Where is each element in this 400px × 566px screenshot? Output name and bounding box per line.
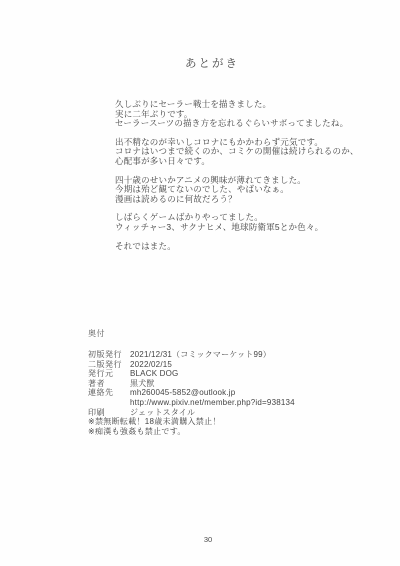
colophon-row: 著者 黒犬獣 — [88, 379, 378, 389]
afterword-line: セーラースーツの描き方を忘れるぐらいサボってましたね。 — [115, 119, 385, 129]
afterword-page: あとがき 久しぶりにセーラー戦士を描きました。 実に二年ぶりです。 セーラースー… — [0, 0, 400, 566]
colophon-row: 印刷 ジェットスタイル — [88, 408, 378, 418]
colophon-contact-email: mh260045-5852@outlook.jp — [130, 388, 235, 398]
colophon-label: 二版発行 — [88, 360, 130, 370]
colophon-heading: 奥付 — [88, 328, 378, 339]
colophon-label — [88, 398, 130, 408]
colophon-value: 2021/12/31（コミックマーケット99） — [130, 350, 271, 360]
afterword-line: 漫画は読めるのに何故だろう？ — [115, 195, 385, 205]
afterword-body: 久しぶりにセーラー戦士を描きました。 実に二年ぶりです。 セーラースーツの描き方… — [115, 100, 385, 260]
colophon-notices: ※禁無断転載！18歳未満購入禁止！ ※痴漢も強姦も禁止です。 — [88, 417, 378, 436]
colophon-row: http://www.pixiv.net/member.php?id=93813… — [88, 398, 378, 408]
afterword-title: あとがき — [12, 55, 400, 71]
colophon-row: 発行元 BLACK DOG — [88, 369, 378, 379]
colophon-notice: ※痴漢も強姦も禁止です。 — [88, 427, 378, 437]
afterword-paragraph: 久しぶりにセーラー戦士を描きました。 実に二年ぶりです。 セーラースーツの描き方… — [115, 100, 385, 129]
colophon: 奥付 初版発行 2021/12/31（コミックマーケット99） 二版発行 202… — [88, 328, 378, 436]
colophon-value: 2022/02/15 — [130, 360, 172, 370]
colophon-contact-url: http://www.pixiv.net/member.php?id=93813… — [130, 398, 295, 408]
colophon-label: 印刷 — [88, 408, 130, 418]
afterword-line: 心配事が多い日々です。 — [115, 157, 385, 167]
colophon-label: 著者 — [88, 379, 130, 389]
afterword-paragraph: しばらくゲームばかりやってました。 ウィッチャー3、サクナヒメ、地球防衛軍5とか… — [115, 213, 385, 232]
colophon-row: 二版発行 2022/02/15 — [88, 360, 378, 370]
afterword-line: ウィッチャー3、サクナヒメ、地球防衛軍5とか色々。 — [115, 223, 385, 233]
afterword-line: それではまた。 — [115, 242, 385, 252]
colophon-value: ジェットスタイル — [130, 408, 195, 418]
colophon-label: 発行元 — [88, 369, 130, 379]
colophon-label: 連絡先 — [88, 388, 130, 398]
colophon-value: 黒犬獣 — [130, 379, 155, 389]
afterword-paragraph: 出不精なのが幸いしコロナにもかかわらず元気です。 コロナはいつまで続くのか、コミ… — [115, 138, 385, 167]
afterword-paragraph: それではまた。 — [115, 242, 385, 252]
colophon-row: 初版発行 2021/12/31（コミックマーケット99） — [88, 350, 378, 360]
page-number: 30 — [8, 535, 400, 544]
afterword-paragraph: 四十歳のせいかアニメの興味が薄れてきました。 今期は殆ど観てないのでした、やばい… — [115, 176, 385, 205]
colophon-row: 連絡先 mh260045-5852@outlook.jp — [88, 388, 378, 398]
colophon-value: BLACK DOG — [130, 369, 178, 379]
colophon-notice: ※禁無断転載！18歳未満購入禁止！ — [88, 417, 378, 427]
colophon-label: 初版発行 — [88, 350, 130, 360]
